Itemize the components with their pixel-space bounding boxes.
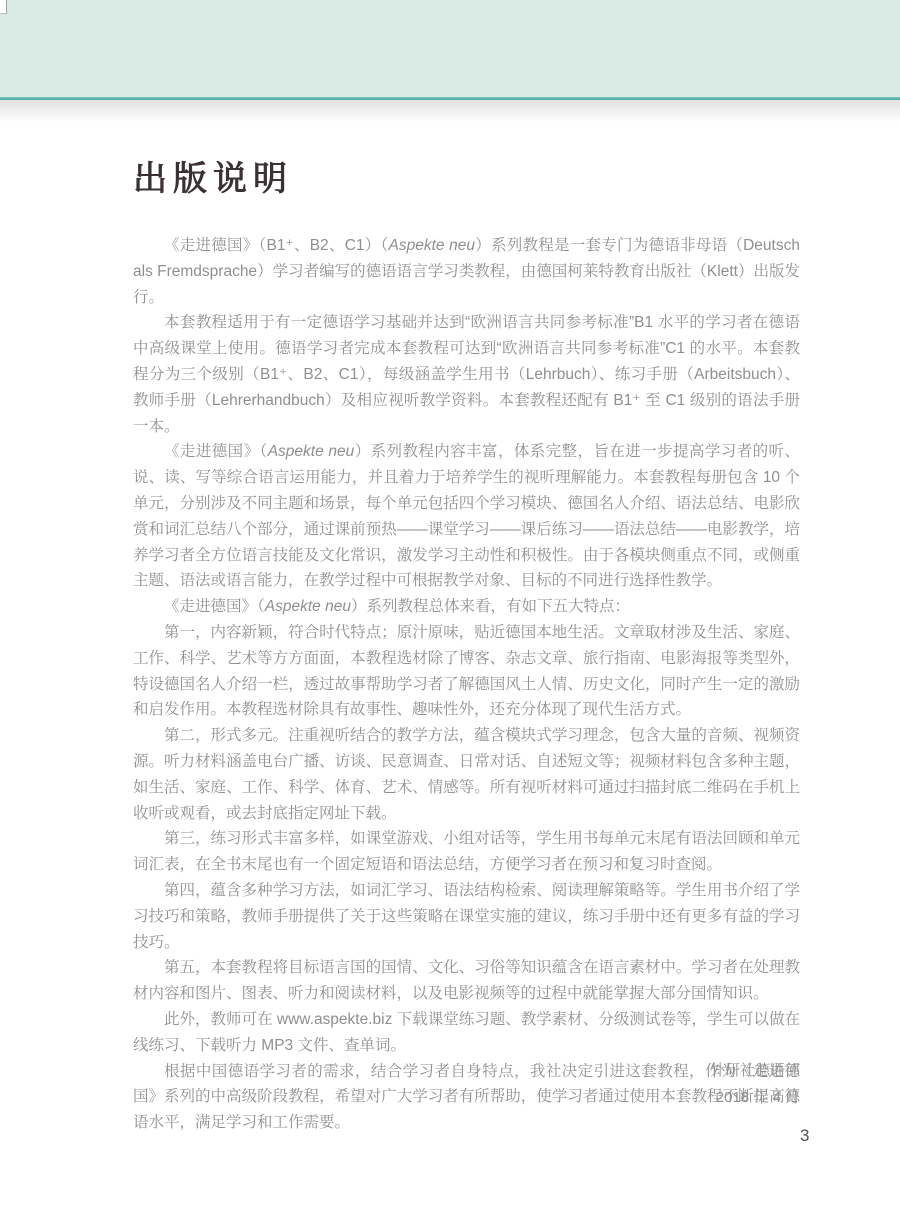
italic-phrase: Aspekte neu [265,598,351,615]
italic-phrase: Aspekte neu [268,443,355,460]
paragraph: 第二，形式多元。注重视听结合的教学方法，蕴含模块式学习理念，包含大量的音频、视频… [133,723,800,826]
signature-date: 2018 年 4 月 [133,1085,800,1112]
page-title: 出版说明 [133,151,293,200]
page-number: 3 [800,1126,809,1146]
paragraph: 此外，教师可在 www.aspekte.biz 下载课堂练习题、教学素材、分级测… [133,1007,800,1059]
paragraph: 本套教程适用于有一定德语学习基础并达到“欧洲语言共同参考标准”B1 水平的学习者… [133,310,800,439]
paragraph: 第三，练习形式丰富多样，如课堂游戏、小组对话等，学生用书每单元末尾有语法回顾和单… [133,826,800,878]
signature-block: 外研社德语部 2018 年 4 月 [133,1058,800,1111]
paragraph: 第五，本套教程将目标语言国的国情、文化、习俗等知识蕴含在语言素材中。学习者在处理… [133,955,800,1007]
body-text: 《走进德国》（B1⁺、B2、C1）（Aspekte neu）系列教程是一套专门为… [133,233,800,1136]
scan-corner-notch [0,0,7,14]
paragraph: 第一，内容新颖，符合时代特点；原汁原味，贴近德国本地生活。文章取材涉及生活、家庭… [133,620,800,723]
header-band [0,0,900,97]
paragraph: 《走进德国》（Aspekte neu）系列教程总体来看，有如下五大特点： [133,594,800,620]
paragraph: 《走进德国》（Aspekte neu）系列教程内容丰富，体系完整，旨在进一步提高… [133,439,800,594]
signature-author: 外研社德语部 [133,1058,800,1085]
paragraph: 《走进德国》（B1⁺、B2、C1）（Aspekte neu）系列教程是一套专门为… [133,233,800,310]
header-band-shadow [0,100,900,122]
italic-phrase: Aspekte neu [389,237,475,254]
paragraph: 第四，蕴含多种学习方法，如词汇学习、语法结构检索、阅读理解策略等。学生用书介绍了… [133,878,800,955]
